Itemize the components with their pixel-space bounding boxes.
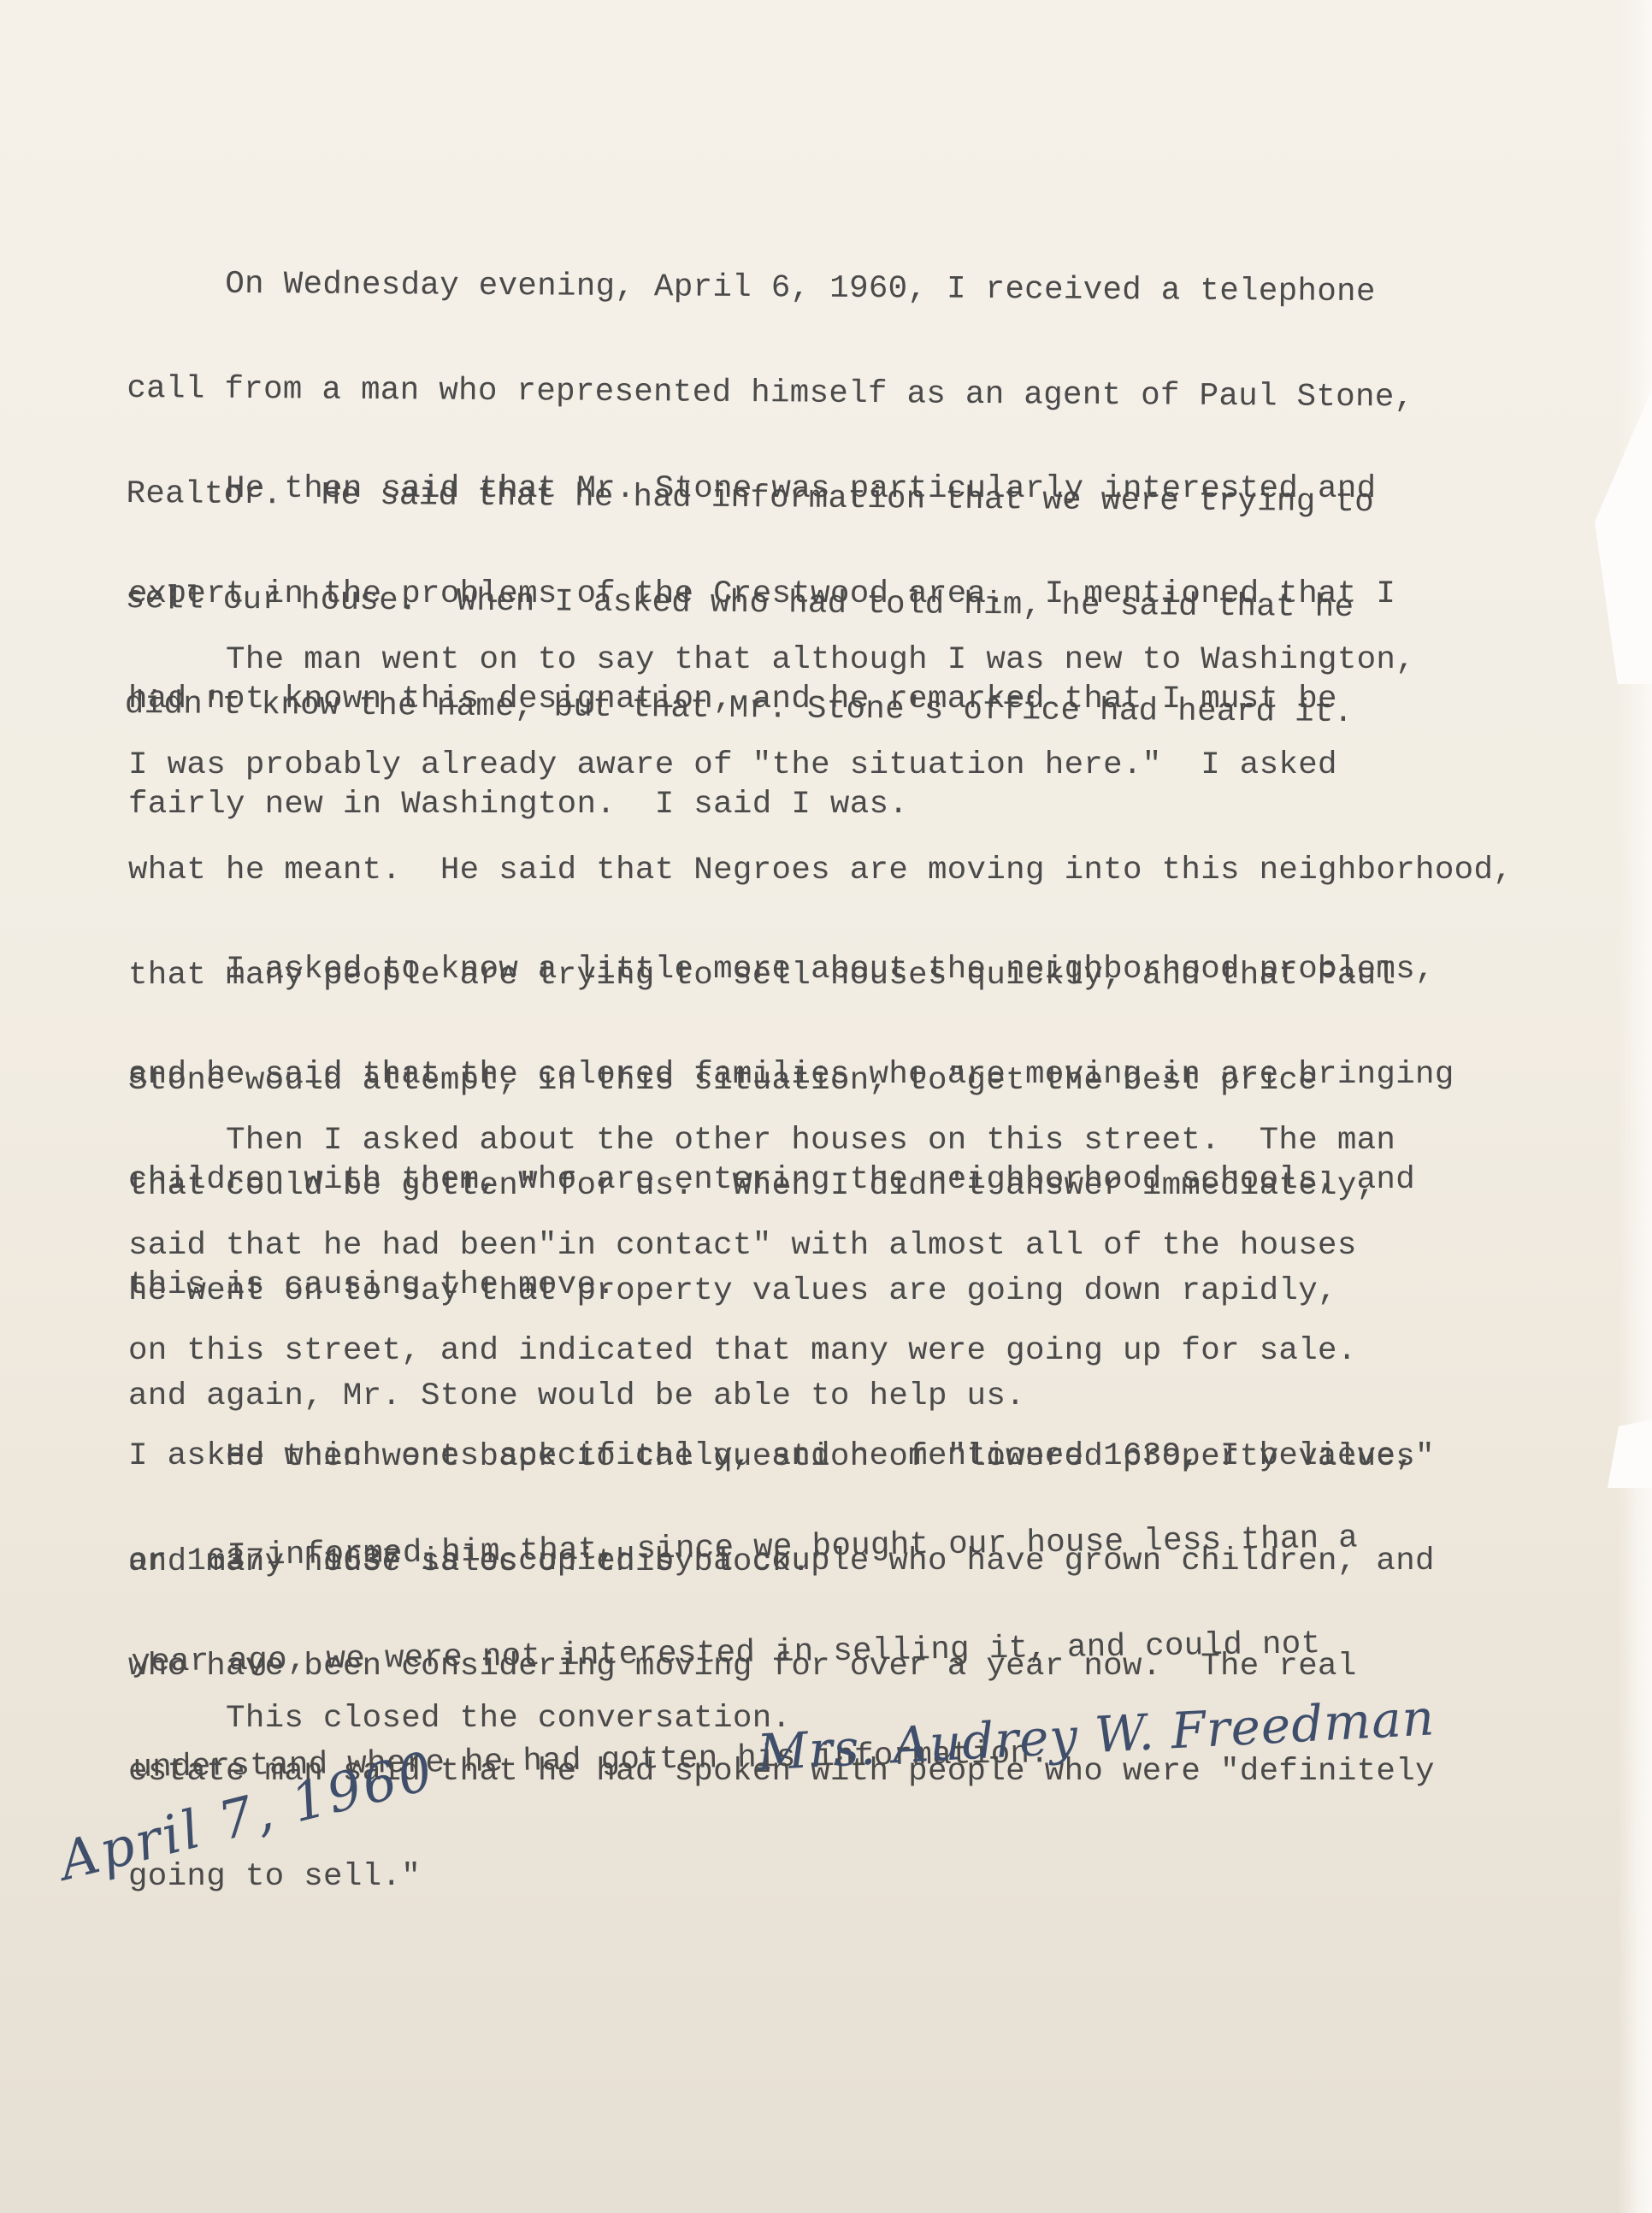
- text-line: going to sell.": [128, 1860, 1435, 1895]
- text-line: on this street, and indicated that many …: [128, 1334, 1435, 1369]
- text-line: I asked to know a little more about the …: [128, 953, 1454, 988]
- text-line: Then I asked about the other houses on t…: [128, 1124, 1435, 1159]
- paper-edge: [1618, 0, 1652, 2213]
- text-line: I was probably already aware of "the sit…: [128, 748, 1513, 783]
- text-line: said that he had been"in contact" with a…: [128, 1229, 1435, 1264]
- text-line: The man went on to say that although I w…: [128, 643, 1513, 678]
- text-line: He then said that Mr. Stone was particul…: [128, 472, 1395, 507]
- paragraph-8: This closed the conversation.: [128, 1632, 791, 1807]
- text-line: On Wednesday evening, April 6, 1960, I r…: [127, 267, 1414, 311]
- text-line: This closed the conversation.: [128, 1702, 791, 1737]
- text-line: I informed him that, since we bought our…: [129, 1521, 1358, 1576]
